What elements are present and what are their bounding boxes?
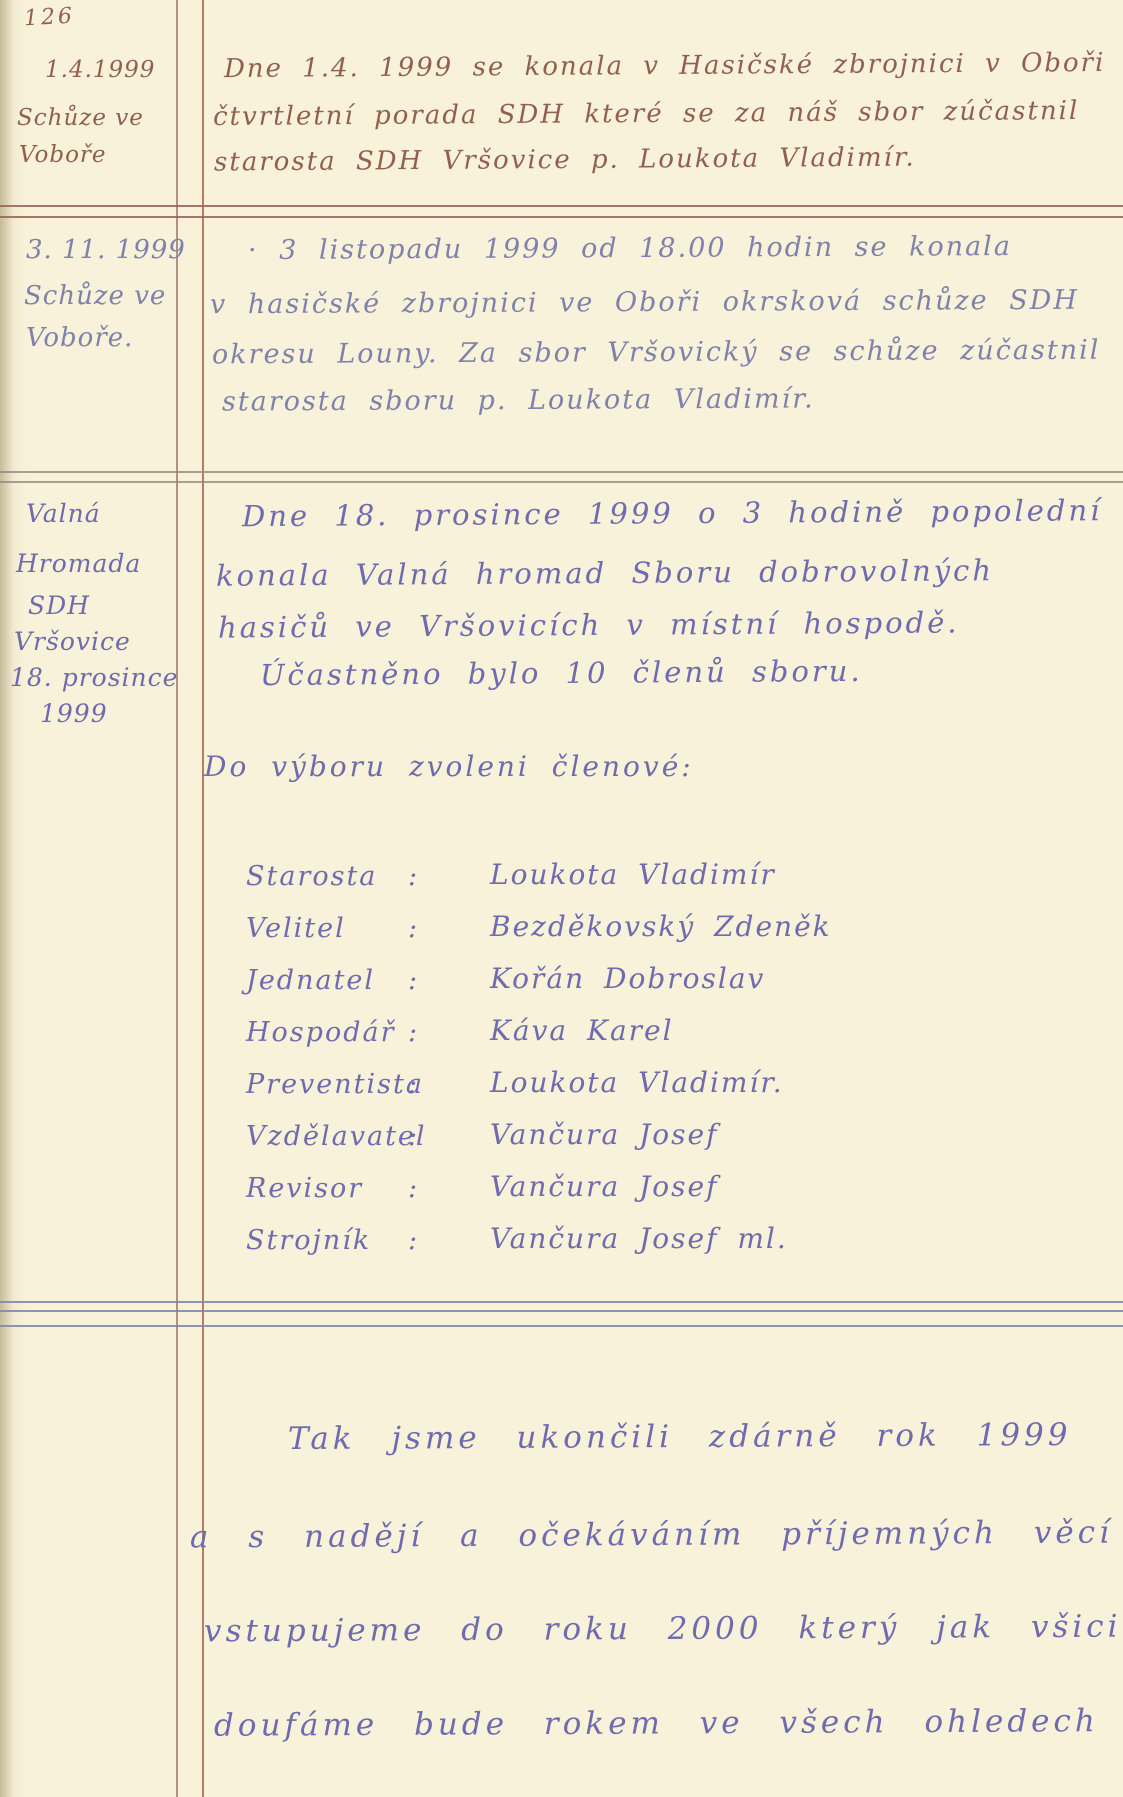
role-label: Preventista — [246, 1070, 424, 1100]
committee-heading: Do výboru zvoleni členové: — [204, 752, 694, 783]
role-label: Velitel — [246, 914, 346, 944]
member-name: Vančura Josef ml. — [490, 1224, 788, 1255]
member-name: Bezděkovský Zdeněk — [490, 912, 832, 943]
role-label: Revisor — [246, 1174, 363, 1204]
entry-1-margin-date: 1.4.1999 — [45, 58, 155, 83]
member-name: Loukota Vladimír. — [490, 1068, 784, 1099]
entry-3-margin-year: 1999 — [40, 700, 108, 728]
entry-3-margin-line: SDH — [28, 592, 90, 620]
divider-rule-gray — [0, 481, 1123, 483]
colon: : — [408, 914, 417, 944]
role-label: Starosta — [246, 862, 377, 892]
role-label: Jednatel — [246, 966, 375, 996]
member-name: Káva Karel — [490, 1016, 674, 1047]
chronicle-page: 126 1.4.1999 Schůze ve Voboře Dne 1.4. 1… — [0, 0, 1123, 1797]
entry-1-line: čtvrtletní porada SDH které se za náš sb… — [213, 97, 1079, 132]
entry-3-margin-line: Hromada — [16, 550, 141, 578]
entry-3-line: hasičů ve Vršovicích v místní hospodě. — [218, 607, 960, 644]
divider-rule-blue — [0, 1325, 1123, 1327]
entry-2-line: · 3 listopadu 1999 od 18.00 hodin se kon… — [248, 232, 1012, 266]
entry-3-margin-date: 18. prosince — [10, 664, 178, 692]
divider-rule-blue — [0, 1310, 1123, 1312]
member-name: Loukota Vladimír — [490, 860, 776, 891]
role-label: Vzdělavatel — [246, 1122, 427, 1152]
closing-line: Tak jsme ukončili zdárně rok 1999 — [288, 1418, 1072, 1456]
member-name: Vančura Josef — [490, 1120, 718, 1151]
colon: : — [408, 1122, 417, 1152]
entry-2-line: okresu Louny. Za sbor Vršovický se schůz… — [212, 336, 1100, 370]
divider-rule-brown — [0, 216, 1123, 218]
entry-2-line: v hasičské zbrojnici ve Oboři okrsková s… — [210, 286, 1079, 320]
closing-line: vstupujeme do roku 2000 který jak všici — [204, 1610, 1122, 1649]
entry-3-line: konala Valná hromad Sboru dobrovolných — [216, 555, 994, 592]
entry-1-line: starosta SDH Vršovice p. Loukota Vladimí… — [214, 144, 916, 177]
divider-rule-gray — [0, 471, 1123, 473]
entry-3-line: Účastněno bylo 10 členů sboru. — [260, 656, 863, 692]
colon: : — [408, 1018, 417, 1048]
entry-1-margin-line: Schůze ve — [17, 106, 144, 131]
page-number: 126 — [23, 5, 75, 32]
divider-rule-blue — [0, 1301, 1123, 1303]
page-edge-shadow — [0, 0, 14, 1797]
closing-line: doufáme bude rokem ve všech ohledech lep… — [214, 1703, 1123, 1743]
entry-2-margin-line: Schůze ve — [24, 282, 166, 311]
closing-line: a s nadějí a očekáváním příjemných věcí — [190, 1516, 1113, 1555]
colon: : — [408, 1174, 417, 1204]
entry-2-margin-line: Voboře. — [26, 324, 133, 353]
colon: : — [408, 1070, 417, 1100]
entry-1-margin-line: Voboře — [19, 143, 107, 168]
entry-3-margin-line: Valná — [26, 500, 101, 528]
member-name: Vančura Josef — [490, 1172, 718, 1203]
entry-3-line: Dne 18. prosince 1999 o 3 hodině popoled… — [242, 495, 1123, 533]
role-label: Hospodář — [246, 1018, 395, 1048]
margin-vertical-rule-left — [176, 0, 178, 1797]
colon: : — [408, 862, 417, 892]
entry-2-line: starosta sboru p. Loukota Vladimír. — [222, 384, 815, 417]
entry-3-margin-line: Vršovice — [14, 628, 131, 656]
colon: : — [408, 1226, 417, 1256]
member-name: Kořán Dobroslav — [490, 964, 765, 995]
divider-rule-brown — [0, 205, 1123, 207]
entry-1-line: Dne 1.4. 1999 se konala v Hasičské zbroj… — [224, 49, 1106, 84]
entry-2-margin-date: 3. 11. 1999 — [26, 236, 186, 265]
role-label: Strojník — [246, 1226, 371, 1256]
colon: : — [408, 966, 417, 996]
